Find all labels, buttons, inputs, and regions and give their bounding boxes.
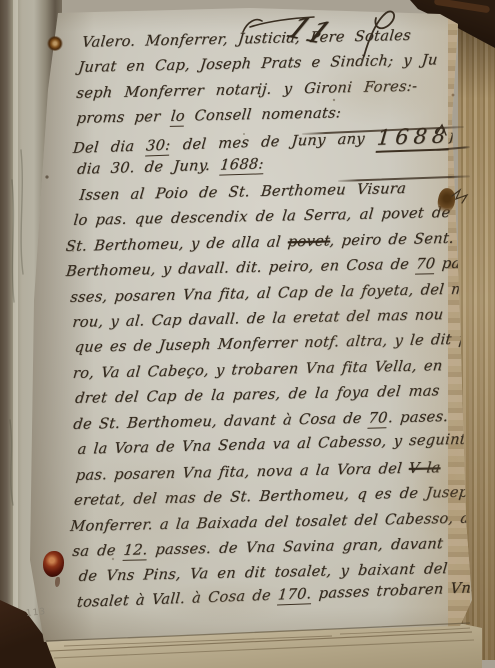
manuscript-line: Issen al Poio de St. Berthomeu Visura [79, 180, 406, 204]
manuscript-text: lo pas. que descendix de la Serra, al po… [73, 204, 452, 229]
manuscript-text: . pases. [387, 408, 449, 426]
manuscript-text: Berthomeu, y davall. dit. peiro, en Cosa… [65, 256, 417, 280]
manuscript-text: de St. Berthomeu, davant à Cosa de [73, 409, 370, 432]
manuscript-text: dret del Cap de la pares, de la foya del… [74, 382, 440, 407]
manuscript-text: que es de Juseph Monferrer notf. altra, … [74, 331, 483, 357]
manuscript-text: ſ [449, 127, 456, 144]
manuscript-line: que es de Juseph Monferrer notf. altra, … [75, 331, 483, 357]
manuscript-line: a la Vora de Vna Senda va al Cabesso, y … [77, 430, 495, 458]
manuscript-line: Berthomeu, y davall. dit. peiro, en Cosa… [66, 254, 474, 282]
pencil-folio-number: 113 [26, 607, 47, 619]
manuscript-text: passes. de Vna Savina gran, davant [147, 535, 444, 558]
manuscript-line: proms per lo Consell nomenats: [77, 105, 342, 130]
manuscript-text: Jurat en Cap, Joseph Prats e Sindich; y … [77, 52, 438, 77]
paper-speckles [0, 0, 2, 2]
manuscript-text: 170. [277, 585, 312, 605]
manuscript-text: , peiro de Sent. [329, 229, 455, 249]
manuscript-line: Jurat en Cap, Joseph Prats e Sindich; y … [78, 52, 438, 77]
manuscript-line: sa de 12. passes. de Vna Savina gran, da… [72, 535, 443, 562]
manuscript-line: Monferrer. a la Baixada del tosalet del … [70, 508, 495, 534]
manuscript-text: povet [287, 232, 331, 250]
manuscript-text: 1688: [219, 156, 264, 176]
manuscript-line: eretat, del mas de St. Berthomeu, q es d… [74, 483, 478, 508]
manuscript-text: passes trobaren Vna [311, 579, 481, 602]
manuscript-line: lo pas. que descendix de la Serra, al po… [73, 204, 450, 229]
manuscript-line: de St. Berthomeu, davant à Cosa de 70. p… [73, 408, 448, 435]
manuscript-line: sses, posaren Vna fita, al Cap de la foy… [70, 280, 482, 306]
manuscript-line: seph Monferrer notarij. y Gironi Fores:- [76, 78, 417, 102]
manuscript-text: Del dia [72, 137, 147, 156]
manuscript-text: proms per [76, 108, 171, 127]
manuscript-text: del mes de Juny any [170, 130, 377, 154]
manuscript-text: eretat, del mas de St. Berthomeu, q es d… [73, 483, 479, 509]
manuscript-text: seph Monferrer notarij. y Gironi Fores:- [76, 78, 418, 102]
manuscript-text: sses, posaren Vna fita, al Cap de la foy… [69, 280, 482, 306]
manuscript-text: Monferrer. a la Baixada del tosalet del … [69, 508, 495, 534]
manuscript-line: dret del Cap de la pares, de la foya del… [75, 383, 440, 408]
manuscript-text: a la Vora de Vna Senda va al Cabesso, y … [77, 430, 495, 458]
manuscript-text: dia 30. de Juny. [76, 157, 221, 178]
manuscript-text: Valero. Monferrer, Justicia, Pere Sotale… [81, 27, 412, 51]
manuscript-text: 12. [123, 541, 149, 561]
manuscript-line: rou, y al. Cap davall. de la eretat del … [72, 306, 443, 331]
manuscript-text: St. Berthomeu, y de alla al [65, 233, 289, 255]
manuscript-line: dia 30. de Juny. 1688: [77, 156, 264, 181]
manuscript-line: ro, Va al Cabeço, y trobaren Vna fita Ve… [73, 357, 443, 382]
manuscript-text: Issen al Poio de St. Berthomeu Visura [79, 180, 407, 204]
manuscript-text: tosalet à Vall. à Cosa de [76, 586, 278, 610]
manuscript-page: Valero. Monferrer, Justicia, Pere Sotale… [20, 6, 482, 646]
manuscript-text: 70 [368, 409, 389, 428]
manuscript-text: sa de [72, 542, 125, 560]
manuscript-text: ro, Va al Cabeço, y trobaren Vna fita Ve… [72, 357, 443, 382]
manuscript-text: 30: [146, 136, 172, 156]
manuscript-photo: Valero. Monferrer, Justicia, Pere Sotale… [0, 0, 495, 668]
manuscript-line: pas. posaren Vna fita, nova a la Vora de… [76, 459, 441, 484]
ink-blot [47, 36, 63, 51]
manuscript-line: tosalet à Vall. à Cosa de 170. passes tr… [77, 579, 481, 613]
manuscript-text: Consell nomenats: [184, 105, 342, 125]
text-block: Valero. Monferrer, Justicia, Pere Sotale… [56, 30, 471, 634]
manuscript-text: pas. posaren Vna fita, nova a la Vora de… [75, 459, 410, 483]
manuscript-line: Valero. Monferrer, Justicia, Pere Sotale… [82, 27, 411, 51]
manuscript-text: rou, y al. Cap davall. de la eretat del … [72, 306, 445, 331]
manuscript-text: V la [408, 459, 441, 477]
manuscript-line: St. Berthomeu, y de alla al povet, peiro… [66, 229, 455, 254]
